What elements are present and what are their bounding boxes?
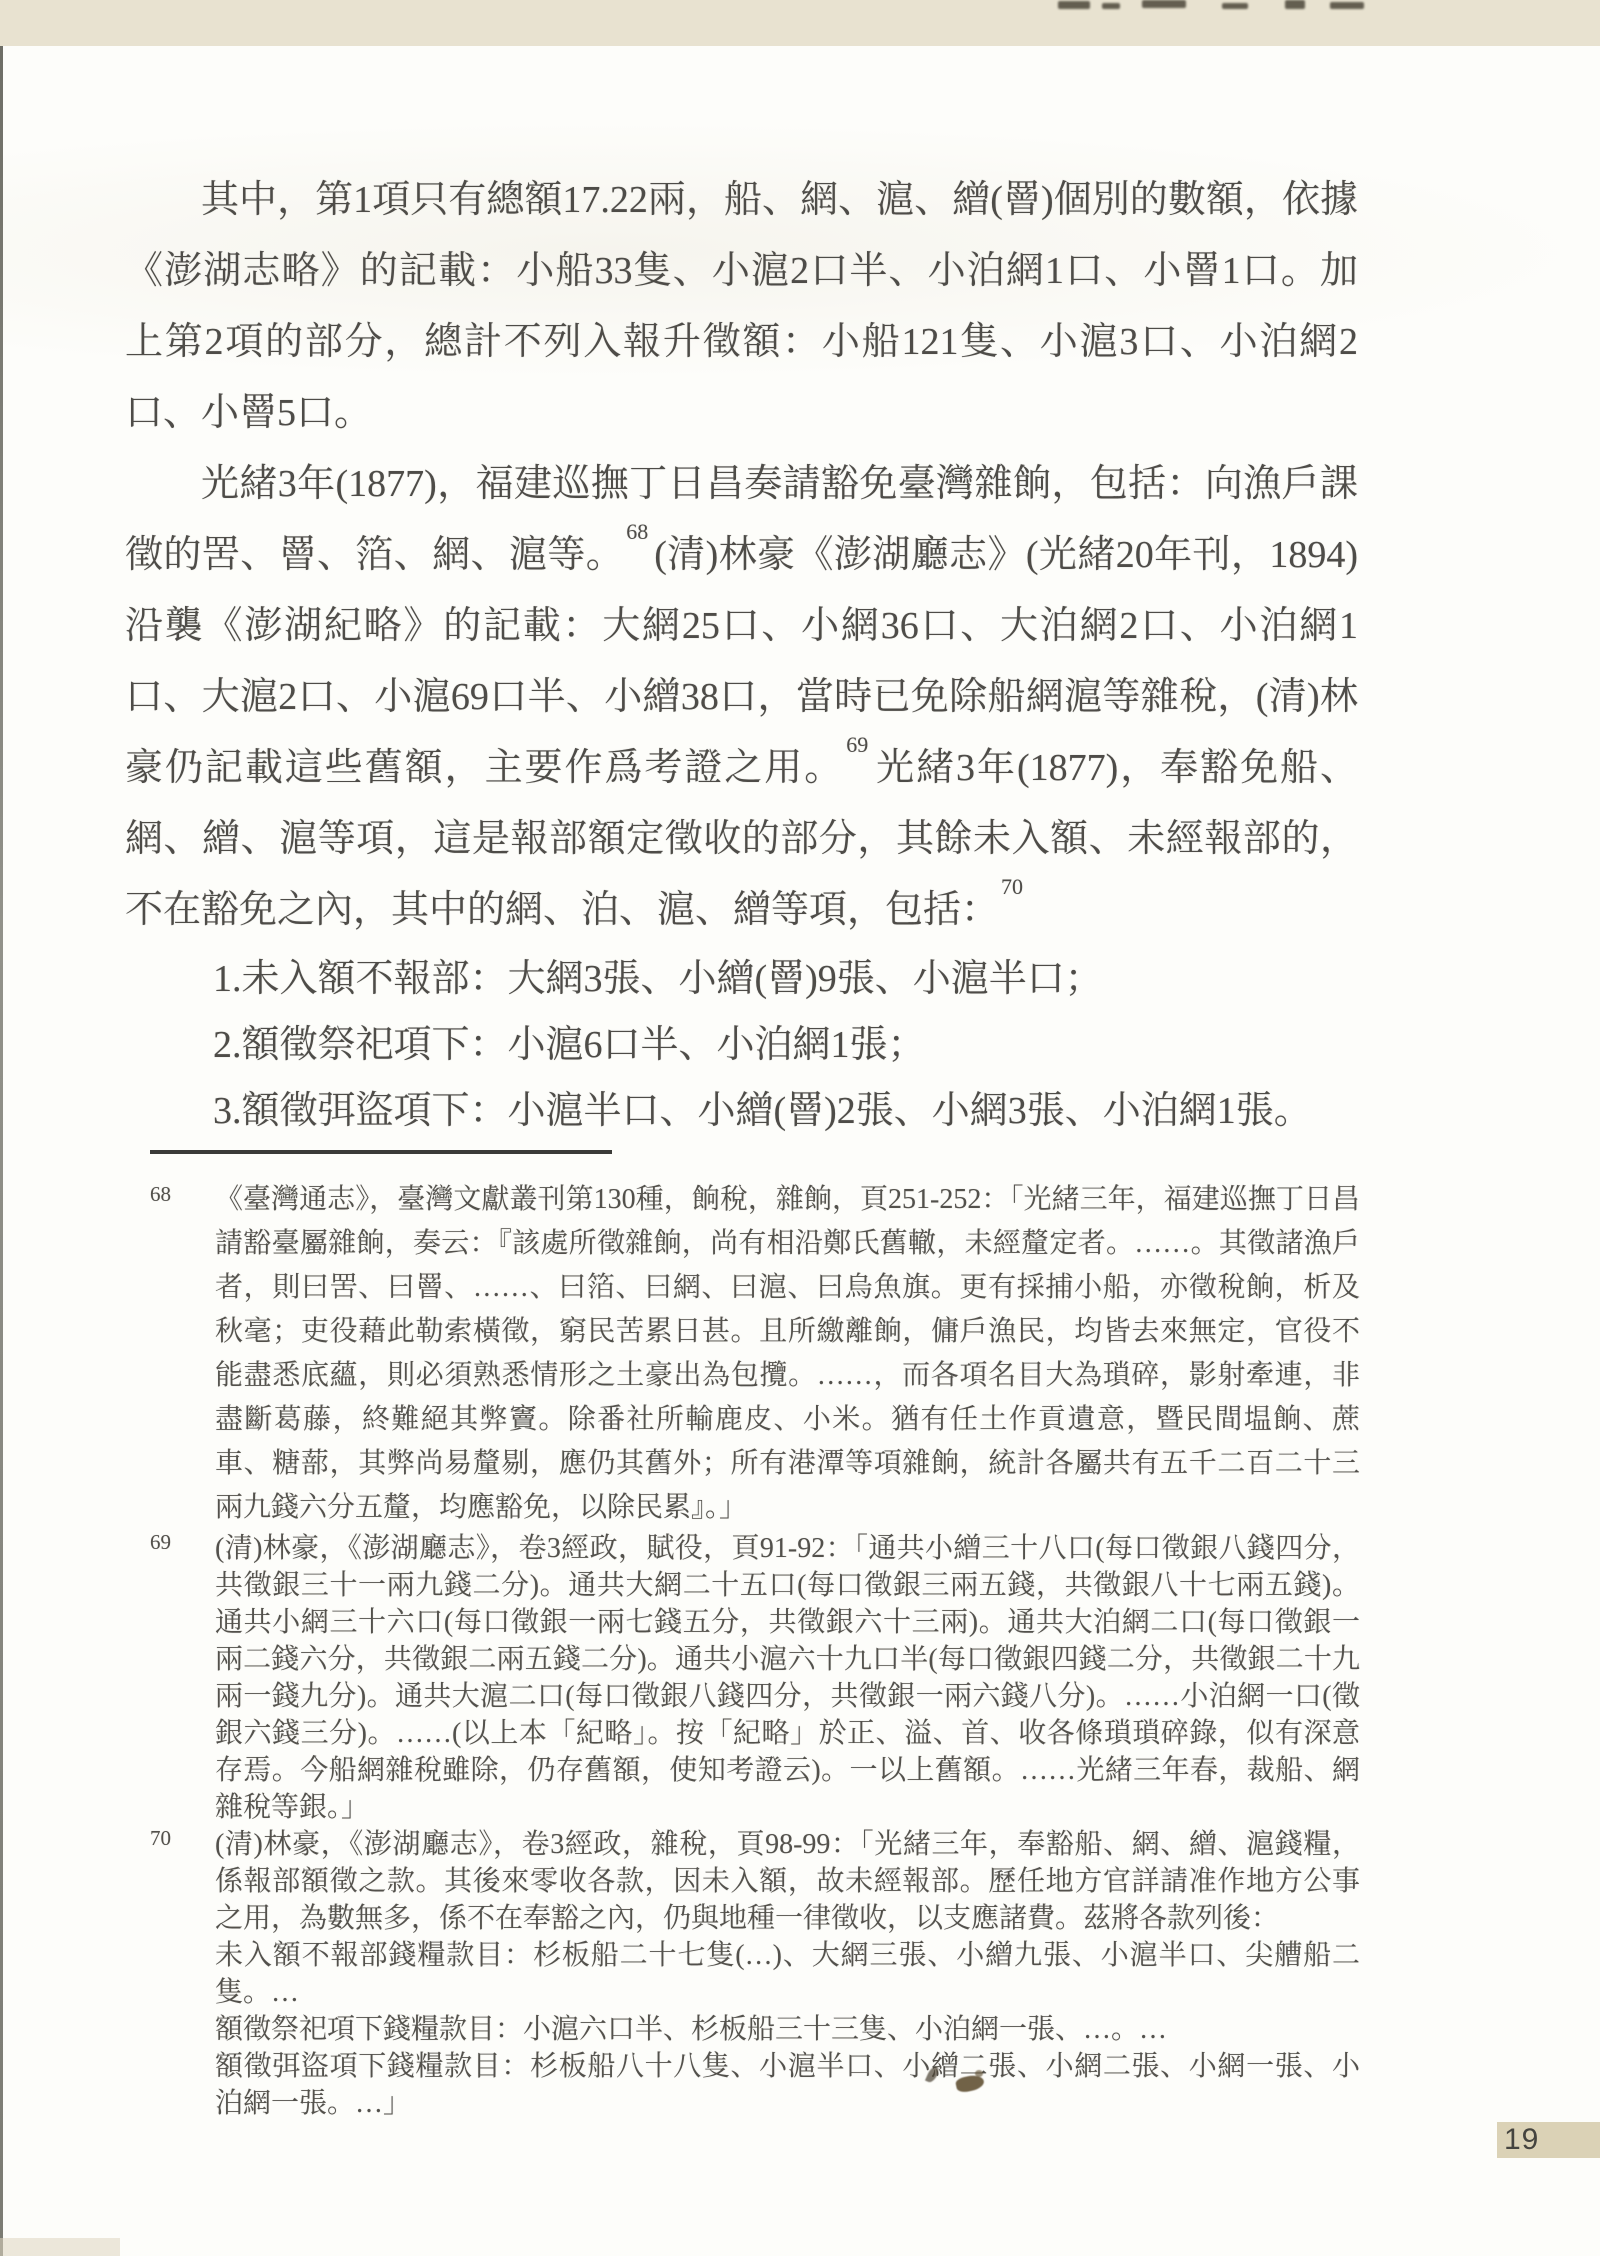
paragraph-2: 光緒3年(1877)，福建巡撫丁日昌奏請豁免臺灣雜餉，包括：向漁戶課徵的罟、罾、…	[125, 449, 1358, 946]
scan-artifact	[1222, 3, 1248, 9]
footnote-number: 70	[150, 1820, 171, 1857]
footnote-text: 《臺灣通志》，臺灣文獻叢刊第130種，餉稅，雜餉，頁251-252：「光緒三年，…	[215, 1178, 1360, 1530]
footnote-ref-69: 69	[846, 732, 868, 757]
footnote-69: 69 (清)林豪，《澎湖廳志》，卷3經政，賦役，頁91-92：「通共小繒三十八口…	[150, 1530, 1360, 1826]
scan-artifact	[1285, 0, 1305, 9]
footnotes: 68 《臺灣通志》，臺灣文獻叢刊第130種，餉稅，雜餉，頁251-252：「光緒…	[150, 1178, 1360, 2122]
scan-artifact	[1142, 0, 1186, 8]
list-item-2: 2.額徵祭祀項下：小滬6口半、小泊網1張；	[213, 1012, 1358, 1078]
scanned-page: 其中，第1項只有總額17.22兩，船、網、滬、繒(罾)個別的數額，依據《澎湖志略…	[0, 0, 1600, 2256]
footnote-ref-68: 68	[626, 519, 648, 544]
body-text: 其中，第1項只有總額17.22兩，船、網、滬、繒(罾)個別的數額，依據《澎湖志略…	[125, 165, 1358, 1144]
page-number-patch: 19	[1497, 2122, 1600, 2158]
footnote-text: 額徵祭祀項下錢糧款目：小滬六口半、杉板船三十三隻、小泊網一張、…。…	[215, 2011, 1360, 2048]
scan-artifact	[1058, 1, 1090, 9]
page-number: 19	[1497, 2123, 1539, 2157]
scan-artifact	[1102, 3, 1120, 9]
footnote-text: 額徵弭盜項下錢糧款目：杉板船八十八隻、小滬半口、小繒二張、小網二張、小網一張、小…	[215, 2048, 1360, 2122]
footnote-68: 68 《臺灣通志》，臺灣文獻叢刊第130種，餉稅，雜餉，頁251-252：「光緒…	[150, 1178, 1360, 1530]
footnote-number: 69	[150, 1524, 171, 1561]
list-item-1: 1.未入額不報部：大網3張、小繒(罾)9張、小滬半口；	[213, 946, 1358, 1012]
footnote-text: (清)林豪，《澎湖廳志》，卷3經政，雜稅，頁98-99：「光緒三年，奉豁船、網、…	[215, 1826, 1360, 1937]
scan-edge-tint	[0, 2238, 120, 2256]
list-item-3: 3.額徵弭盜項下：小滬半口、小繒(罾)2張、小網3張、小泊網1張。	[213, 1078, 1358, 1144]
footnote-text: 未入額不報部錢糧款目：杉板船二十七隻(…)、大網三張、小繒九張、小滬半口、尖艚船…	[215, 1937, 1360, 2011]
paragraph-1: 其中，第1項只有總額17.22兩，船、網、滬、繒(罾)個別的數額，依據《澎湖志略…	[125, 165, 1358, 449]
footnote-divider	[150, 1150, 612, 1154]
footnote-number: 68	[150, 1172, 171, 1216]
footnote-text: (清)林豪，《澎湖廳志》，卷3經政，賦役，頁91-92：「通共小繒三十八口(每口…	[215, 1530, 1360, 1826]
footnote-70: 70 (清)林豪，《澎湖廳志》，卷3經政，雜稅，頁98-99：「光緒三年，奉豁船…	[150, 1826, 1360, 2122]
scan-artifact	[1330, 2, 1364, 9]
footnote-ref-70: 70	[1001, 874, 1023, 899]
ink-smudge	[975, 2070, 983, 2077]
scan-edge-shadow	[0, 46, 3, 2256]
